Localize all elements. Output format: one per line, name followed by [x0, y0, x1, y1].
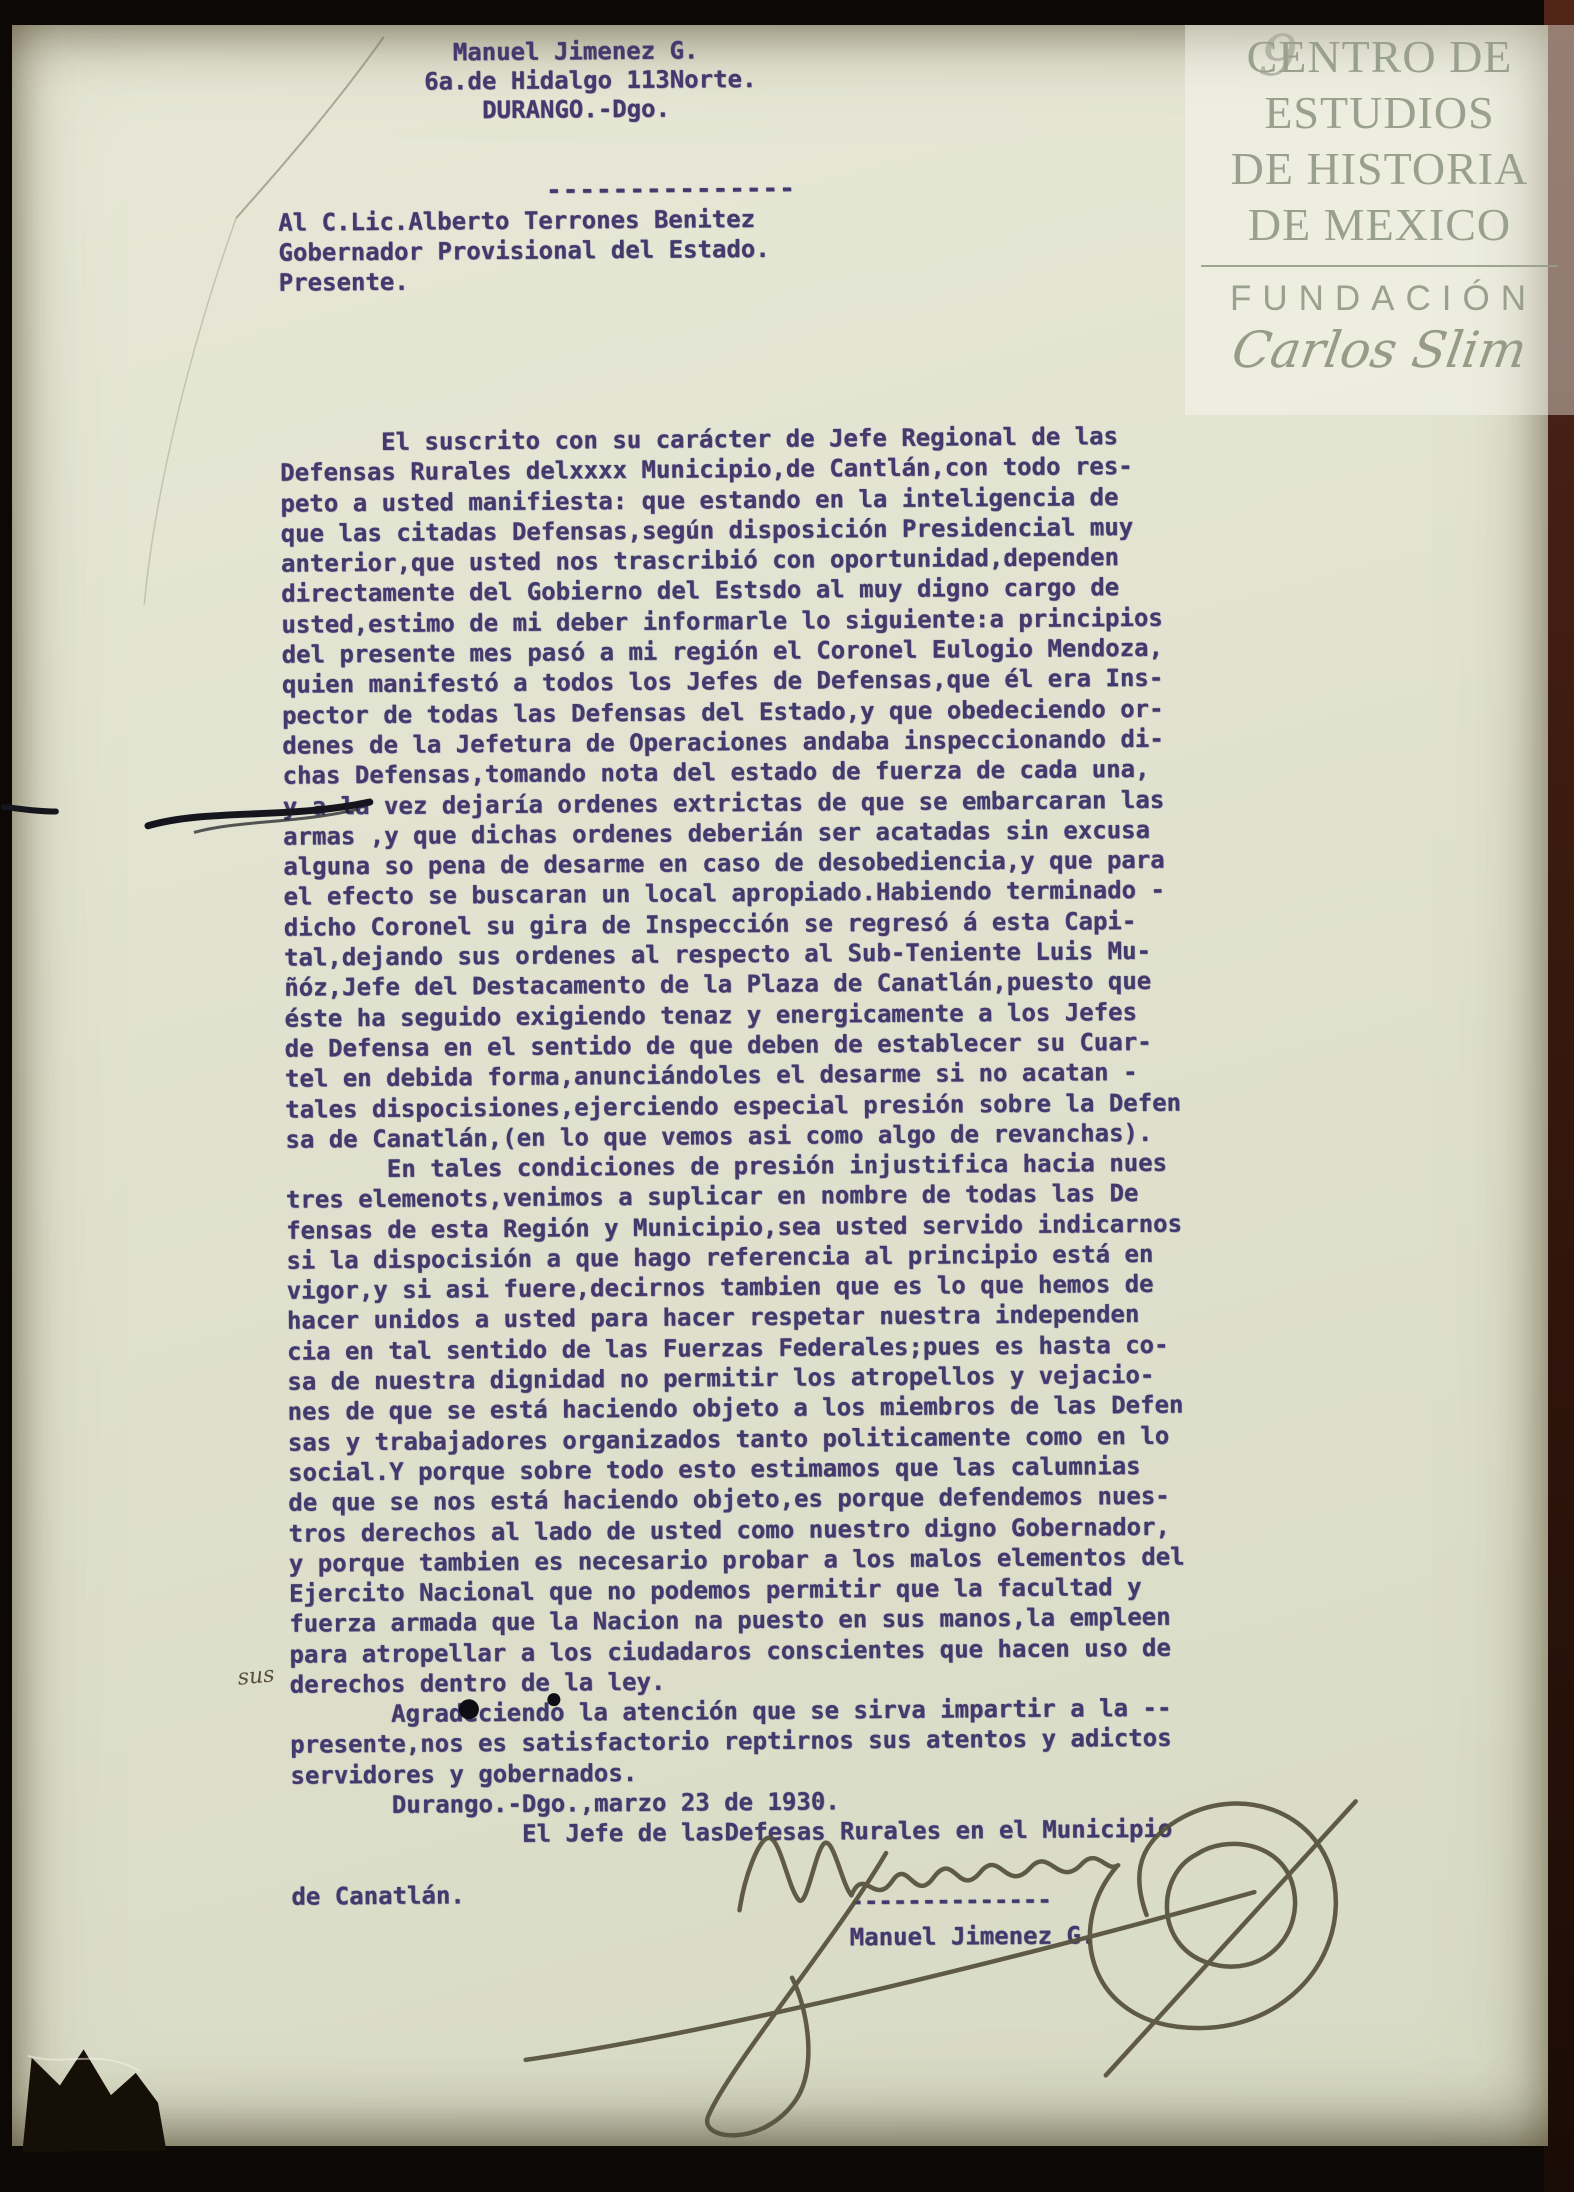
- text-line: DURANGO.-Dgo.: [424, 94, 757, 126]
- text-line: Al C.Lic.Alberto Terrones Benitez: [278, 204, 770, 238]
- text-line: ESTUDIOS: [1185, 85, 1574, 141]
- watermark-org-name: CENTRO DEESTUDIOSDE HISTORIADE MEXICO: [1185, 25, 1574, 253]
- text-line: CENTRO DE: [1185, 29, 1574, 85]
- watermark-foundation-label: FUNDACIÓN: [1185, 279, 1574, 319]
- signature-line: --------------: [849, 1886, 1052, 1916]
- text-line: Manuel Jimenez G.: [424, 36, 757, 68]
- archive-watermark: CENTRO DEESTUDIOSDE HISTORIADE MEXICO FU…: [1185, 25, 1574, 415]
- recipient-block: Al C.Lic.Alberto Terrones BenitezGoberna…: [278, 204, 770, 298]
- scanned-letter-page: Manuel Jimenez G.6a.de Hidalgo 113Norte.…: [0, 0, 1574, 2192]
- text-line: 6a.de Hidalgo 113Norte.: [424, 65, 757, 97]
- typed-signature-name: Manuel Jimenez G.: [850, 1921, 1096, 1951]
- letterhead-separator: ---------------: [546, 174, 796, 206]
- handwritten-margin-note: sus: [237, 1662, 276, 1690]
- text-line: Presente.: [279, 264, 771, 298]
- letterhead: Manuel Jimenez G.6a.de Hidalgo 113Norte.…: [424, 36, 757, 126]
- text-line: DE HISTORIA: [1185, 141, 1574, 197]
- text-line: DE MEXICO: [1185, 197, 1574, 253]
- watermark-divider: [1201, 265, 1558, 267]
- letter-paragraph-2: En tales condiciones de presión injustif…: [286, 1148, 1186, 1700]
- letter-paragraph-1: El suscrito con su carácter de Jefe Regi…: [280, 421, 1182, 1155]
- text-line: Gobernador Provisional del Estado.: [278, 234, 770, 268]
- watermark-carlos-slim-logo: Carlos Slim: [1180, 321, 1574, 379]
- letter-closing: Agradeciendo la atención que se sirva im…: [290, 1693, 1173, 1912]
